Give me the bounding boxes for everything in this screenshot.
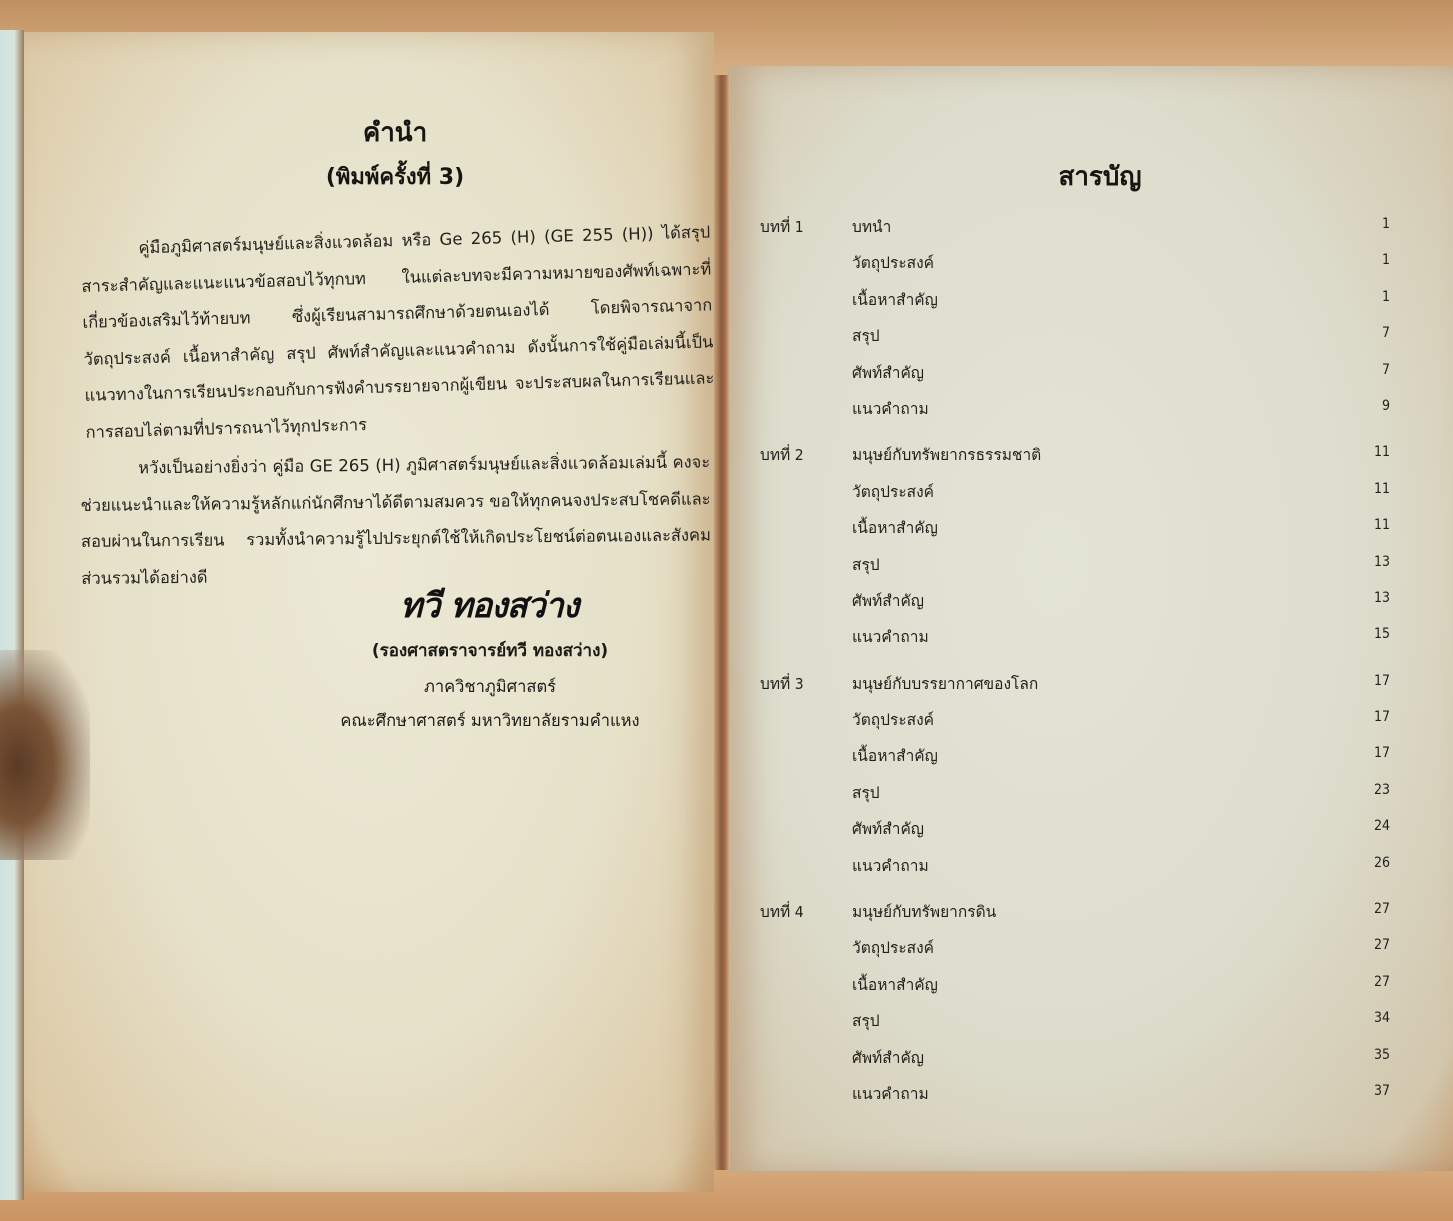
toc-row: บทที่ 2มนุษย์กับทรัพยากรธรรมชาติ11 <box>760 436 1390 472</box>
toc-page-number: 27 <box>1374 901 1390 917</box>
preface-paragraph-2: หวังเป็นอย่างยิ่งว่า คู่มือ GE 265 (H) ภ… <box>80 444 711 597</box>
toc-chapter-4: บทที่ 4มนุษย์กับทรัพยากรดิน27 วัตถุประสง… <box>760 893 1390 1111</box>
toc-row: สรุป13 <box>760 546 1390 582</box>
toc-page-number: 1 <box>1382 252 1390 268</box>
toc-page-number: 1 <box>1382 289 1390 305</box>
toc-entry-label: มนุษย์กับทรัพยากรดิน <box>852 899 996 924</box>
toc-entry-label: แนวคำถาม <box>852 396 929 421</box>
toc-entry-label: เนื้อหาสำคัญ <box>852 287 938 312</box>
toc-page-number: 27 <box>1374 974 1390 990</box>
toc-page-number: 15 <box>1374 626 1390 642</box>
toc-row: แนวคำถาม37 <box>760 1075 1390 1111</box>
toc-page-number: 27 <box>1374 937 1390 953</box>
author-name: (รองศาสตราจารย์ทวี ทองสว่าง) <box>300 637 680 664</box>
chapter-number: บทที่ 4 <box>760 899 804 924</box>
toc-row: บทที่ 4มนุษย์กับทรัพยากรดิน27 <box>760 893 1390 929</box>
author-faculty: คณะศึกษาศาสตร์ มหาวิทยาลัยรามคำแหง <box>300 708 680 734</box>
toc-page-number: 11 <box>1374 444 1390 460</box>
toc-row: วัตถุประสงค์27 <box>760 929 1390 965</box>
toc-row: แนวคำถาม26 <box>760 847 1390 883</box>
toc-row: บทที่ 1บทนำ1 <box>760 208 1390 244</box>
toc-page-number: 26 <box>1374 855 1390 871</box>
preface-section: คำนำ (พิมพ์ครั้งที่ 3) คู่มือภูมิศาสตร์ม… <box>80 112 710 597</box>
toc-entry-label: เนื้อหาสำคัญ <box>852 743 938 768</box>
toc-page-number: 23 <box>1374 782 1390 798</box>
chapter-number: บทที่ 1 <box>760 214 804 239</box>
toc-entry-label: วัตถุประสงค์ <box>852 707 934 732</box>
toc-entry-label: ศัพท์สำคัญ <box>852 360 924 385</box>
toc-row: วัตถุประสงค์11 <box>760 473 1390 509</box>
toc-entry-label: แนวคำถาม <box>852 1081 929 1106</box>
preface-subtitle: (พิมพ์ครั้งที่ 3) <box>80 159 710 194</box>
toc-row: สรุป7 <box>760 317 1390 353</box>
toc-page-number: 13 <box>1374 554 1390 570</box>
toc-entry-label: มนุษย์กับทรัพยากรธรรมชาติ <box>852 442 1041 467</box>
toc-entry-label: สรุป <box>852 780 880 805</box>
toc-row: แนวคำถาม9 <box>760 390 1390 426</box>
toc-page-number: 11 <box>1374 481 1390 497</box>
toc-entry-label: วัตถุประสงค์ <box>852 479 934 504</box>
toc-entry-label: วัตถุประสงค์ <box>852 935 934 960</box>
toc-row: แนวคำถาม15 <box>760 618 1390 654</box>
toc-entry-label: ศัพท์สำคัญ <box>852 1045 924 1070</box>
toc-page-number: 11 <box>1374 517 1390 533</box>
toc-chapter-3: บทที่ 3มนุษย์กับบรรยากาศของโลก17 วัตถุปร… <box>760 665 1390 883</box>
toc-entry-label: มนุษย์กับบรรยากาศของโลก <box>852 671 1038 696</box>
toc-chapter-1: บทที่ 1บทนำ1 วัตถุประสงค์1 เนื้อหาสำคัญ1… <box>760 208 1390 426</box>
paragraph-text: คู่มือภูมิศาสตร์มนุษย์และสิ่งแวดล้อม หรื… <box>81 222 714 441</box>
preface-paragraph-1: คู่มือภูมิศาสตร์มนุษย์และสิ่งแวดล้อม หรื… <box>80 214 716 451</box>
toc-page-number: 7 <box>1382 325 1390 341</box>
page-stain <box>0 650 90 860</box>
toc-entry-label: วัตถุประสงค์ <box>852 250 934 275</box>
toc-row: ศัพท์สำคัญ13 <box>760 582 1390 618</box>
toc-page-number: 34 <box>1374 1010 1390 1026</box>
toc-entry-label: เนื้อหาสำคัญ <box>852 972 938 997</box>
toc-row: สรุป23 <box>760 774 1390 810</box>
toc-page-number: 13 <box>1374 590 1390 606</box>
author-department: ภาควิชาภูมิศาสตร์ <box>300 674 680 700</box>
toc-row: ศัพท์สำคัญ35 <box>760 1039 1390 1075</box>
table-of-contents: บทที่ 1บทนำ1 วัตถุประสงค์1 เนื้อหาสำคัญ1… <box>760 208 1390 1121</box>
toc-page-number: 37 <box>1374 1083 1390 1099</box>
toc-entry-label: สรุป <box>852 1008 880 1033</box>
toc-page-number: 17 <box>1374 709 1390 725</box>
toc-row: เนื้อหาสำคัญ27 <box>760 966 1390 1002</box>
toc-page-number: 7 <box>1382 362 1390 378</box>
paragraph-text: หวังเป็นอย่างยิ่งว่า คู่มือ GE 265 (H) ภ… <box>80 452 711 587</box>
toc-entry-label: สรุป <box>852 552 880 577</box>
author-block: (รองศาสตราจารย์ทวี ทองสว่าง) ภาควิชาภูมิ… <box>300 637 680 742</box>
chapter-number: บทที่ 3 <box>760 671 804 696</box>
toc-page-number: 1 <box>1382 216 1390 232</box>
toc-entry-label: แนวคำถาม <box>852 853 929 878</box>
toc-entry-label: สรุป <box>852 323 880 348</box>
toc-page-number: 9 <box>1382 398 1390 414</box>
toc-entry-label: แนวคำถาม <box>852 624 929 649</box>
toc-row: เนื้อหาสำคัญ17 <box>760 737 1390 773</box>
toc-page-number: 35 <box>1374 1047 1390 1063</box>
toc-entry-label: ศัพท์สำคัญ <box>852 588 924 613</box>
author-signature: ทวี ทองสว่าง <box>400 578 578 632</box>
toc-title: สารบัญ <box>1000 156 1200 197</box>
toc-row: ศัพท์สำคัญ7 <box>760 354 1390 390</box>
toc-page-number: 17 <box>1374 673 1390 689</box>
preface-title: คำนำ <box>80 112 710 153</box>
toc-row: วัตถุประสงค์17 <box>760 701 1390 737</box>
toc-row: สรุป34 <box>760 1002 1390 1038</box>
toc-row: เนื้อหาสำคัญ1 <box>760 281 1390 317</box>
toc-entry-label: เนื้อหาสำคัญ <box>852 515 938 540</box>
toc-row: บทที่ 3มนุษย์กับบรรยากาศของโลก17 <box>760 665 1390 701</box>
table-surface-edge <box>0 30 24 1200</box>
book-spine-gutter <box>714 75 730 1170</box>
toc-chapter-2: บทที่ 2มนุษย์กับทรัพยากรธรรมชาติ11 วัตถุ… <box>760 436 1390 654</box>
toc-entry-label: บทนำ <box>852 214 891 239</box>
toc-row: วัตถุประสงค์1 <box>760 244 1390 280</box>
toc-entry-label: ศัพท์สำคัญ <box>852 816 924 841</box>
toc-row: ศัพท์สำคัญ24 <box>760 810 1390 846</box>
toc-page-number: 17 <box>1374 745 1390 761</box>
toc-page-number: 24 <box>1374 818 1390 834</box>
toc-row: เนื้อหาสำคัญ11 <box>760 509 1390 545</box>
chapter-number: บทที่ 2 <box>760 442 804 467</box>
